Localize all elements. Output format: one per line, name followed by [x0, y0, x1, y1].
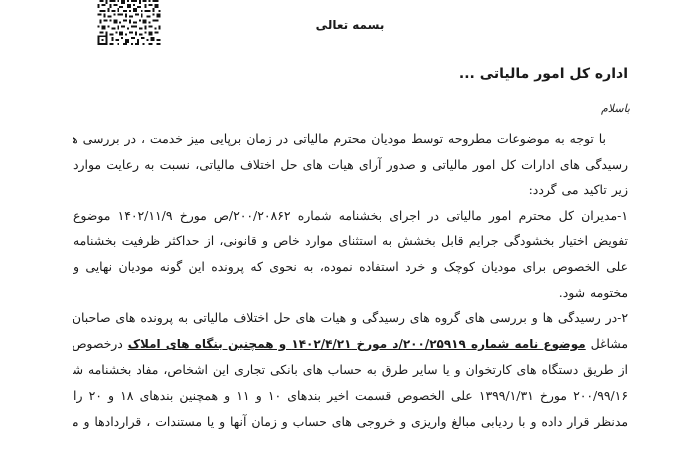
item2-line-1: ۲-در رسیدگی ها و بررسی های گروه های رسید…: [73, 305, 628, 331]
item2-line-2-suffix: درخصوص واریزیها: [73, 336, 123, 351]
item2-line-2-prefix: مشاغل: [591, 336, 628, 351]
item1-line-4: مختومه شود.: [73, 280, 628, 306]
item2-line-5: مدنظر قرار داده و با ردیابی مبالغ واریزی…: [73, 409, 628, 435]
letter-body: با توجه به موضوعات مطروحه توسط مودیان مح…: [73, 126, 628, 434]
qr-code: [97, 0, 163, 47]
greeting-handwritten: باسلام: [601, 102, 630, 115]
intro-line-1: با توجه به موضوعات مطروحه توسط مودیان مح…: [73, 126, 628, 152]
addressee-title: اداره کل امور مالیاتی ...: [459, 66, 628, 82]
item2-line-3: از طریق دستگاه های کارتخوان و یا سایر طر…: [73, 357, 628, 383]
bismillah-heading: بسمه تعالی: [300, 18, 400, 32]
item1-line-3: علی الخصوص برای مودیان کوچک و خرد استفاد…: [73, 254, 628, 280]
item2-line-2: مشاغل موضوع نامه شماره ۲۰۰/۲۵۹۱۹/د مورخ …: [73, 331, 628, 358]
item1-line-2: تفویض اختیار بخشودگی جرایم قابل بخشش به …: [73, 228, 628, 254]
item1-line-1: ۱-مدیران کل محترم امور مالیاتی در اجرای …: [73, 203, 628, 229]
referenced-letter-underlined: موضوع نامه شماره ۲۰۰/۲۵۹۱۹/د مورخ ۱۴۰۲/۴…: [128, 337, 586, 351]
item2-line-4: ۲۰۰/۹۹/۱۶ مورخ ۱۳۹۹/۱/۳۱ علی الخصوص قسمت…: [73, 383, 628, 409]
intro-line-2: رسیدگی های ادارات کل امور مالیاتی و صدور…: [73, 152, 628, 178]
intro-line-3: زیر تاکید می گردد:: [73, 177, 628, 203]
